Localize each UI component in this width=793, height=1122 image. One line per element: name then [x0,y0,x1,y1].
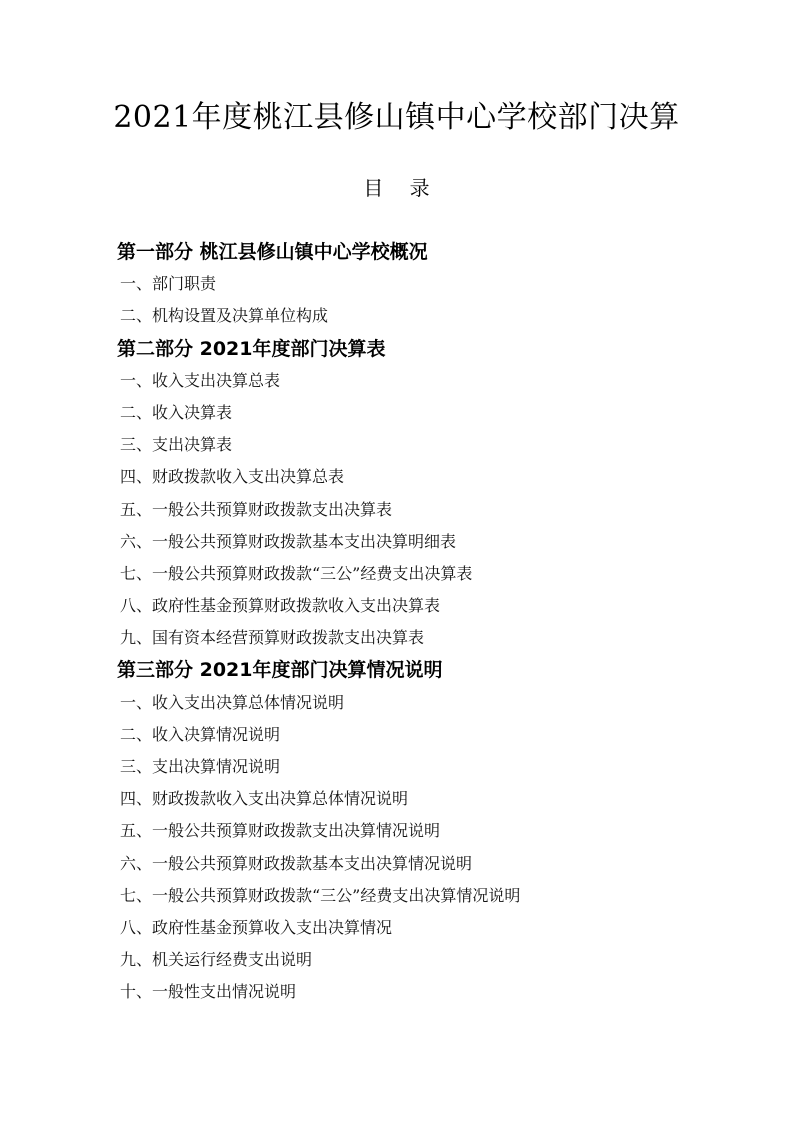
toc-heading: 目 录 [0,174,793,202]
toc-item[interactable]: 二、机构设置及决算单位构成 [117,300,737,332]
toc-item[interactable]: 八、政府性基金预算财政拨款收入支出决算表 [117,590,737,622]
toc-item[interactable]: 四、财政拨款收入支出决算总体情况说明 [117,783,737,815]
toc-item[interactable]: 六、一般公共预算财政拨款基本支出决算明细表 [117,526,737,558]
toc-item[interactable]: 二、收入决算情况说明 [117,719,737,751]
toc-item[interactable]: 九、国有资本经营预算财政拨款支出决算表 [117,622,737,654]
toc-item[interactable]: 三、支出决算情况说明 [117,751,737,783]
toc-item[interactable]: 一、收入支出决算总表 [117,365,737,397]
toc-item[interactable]: 七、一般公共预算财政拨款“三公”经费支出决算情况说明 [117,880,737,912]
toc-part-2-heading[interactable]: 第二部分 2021年度部门决算表 [117,333,737,365]
toc-item[interactable]: 六、一般公共预算财政拨款基本支出决算情况说明 [117,848,737,880]
toc-item[interactable]: 九、机关运行经费支出说明 [117,944,737,976]
toc-item[interactable]: 十、一般性支出情况说明 [117,976,737,1008]
toc-item[interactable]: 四、财政拨款收入支出决算总表 [117,461,737,493]
toc-item[interactable]: 一、收入支出决算总体情况说明 [117,687,737,719]
toc-item[interactable]: 二、收入决算表 [117,397,737,429]
document-title: 2021年度桃江县修山镇中心学校部门决算 [0,98,793,138]
toc-item[interactable]: 八、政府性基金预算收入支出决算情况 [117,912,737,944]
toc-item[interactable]: 五、一般公共预算财政拨款支出决算情况说明 [117,815,737,847]
table-of-contents: 第一部分 桃江县修山镇中心学校概况 一、部门职责 二、机构设置及决算单位构成 第… [117,236,737,1009]
toc-item[interactable]: 一、部门职责 [117,268,737,300]
toc-item[interactable]: 七、一般公共预算财政拨款“三公”经费支出决算表 [117,558,737,590]
toc-part-3-heading[interactable]: 第三部分 2021年度部门决算情况说明 [117,654,737,686]
document-page: 2021年度桃江县修山镇中心学校部门决算 目 录 第一部分 桃江县修山镇中心学校… [0,0,793,1122]
toc-item[interactable]: 五、一般公共预算财政拨款支出决算表 [117,494,737,526]
toc-item[interactable]: 三、支出决算表 [117,429,737,461]
toc-part-1-heading[interactable]: 第一部分 桃江县修山镇中心学校概况 [117,236,737,268]
